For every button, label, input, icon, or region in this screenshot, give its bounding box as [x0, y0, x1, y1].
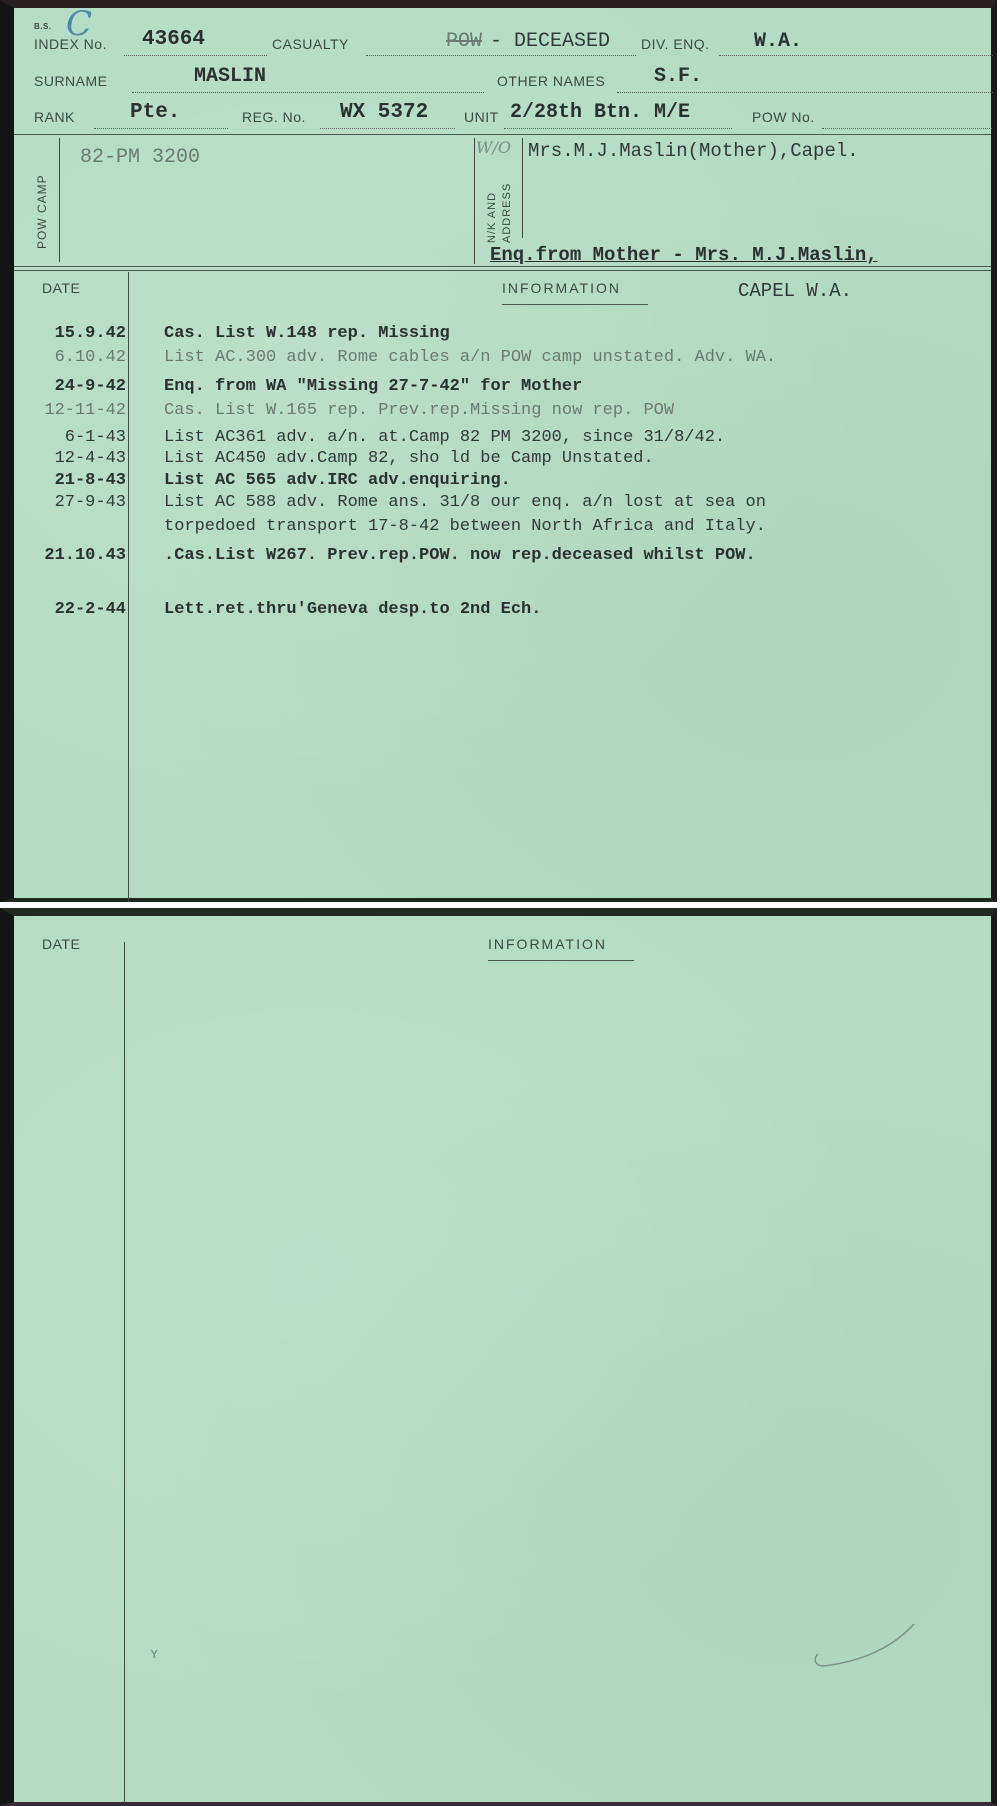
unit-label: UNIT: [464, 109, 499, 125]
div-enq-value: W.A.: [754, 30, 802, 53]
entry-text: List AC450 adv.Camp 82, sho ld be Camp U…: [164, 449, 654, 468]
entry-date: 12-11-42: [14, 401, 126, 420]
unit-value: 2/28th Btn. M/E: [510, 101, 690, 124]
other-names-label: OTHER NAMES: [497, 73, 605, 89]
entry-date: 21-8-43: [14, 471, 126, 490]
other-names-value: S.F.: [654, 65, 702, 88]
surname-value: MASLIN: [194, 65, 266, 88]
casualty-label: CASUALTY: [272, 36, 349, 52]
index-no-value: 43664: [142, 28, 205, 51]
reg-no-value: WX 5372: [340, 101, 428, 124]
pencil-mark: ʏ: [150, 1646, 159, 1662]
entry-text: Enq. from WA "Missing 27-7-42" for Mothe…: [164, 377, 582, 396]
date-header: DATE: [42, 280, 80, 296]
entry-text: List AC.300 adv. Rome cables a/n POW cam…: [164, 348, 776, 367]
card-back: DATE INFORMATION ʏ: [0, 908, 997, 1806]
entry-text: List AC 565 adv.IRC adv.enquiring.: [164, 471, 511, 490]
nk-address-line3: CAPEL W.A.: [738, 280, 852, 302]
entry-text: Lett.ret.thru'Geneva desp.to 2nd Ech.: [164, 600, 541, 619]
entry-date: 24-9-42: [14, 377, 126, 396]
back-date-header: DATE: [42, 936, 80, 952]
back-information-header: INFORMATION: [488, 936, 607, 952]
surname-label: SURNAME: [34, 73, 108, 89]
entry-date: 27-9-43: [14, 493, 126, 512]
casualty-struck-value: POW: [446, 30, 482, 53]
nk-address-line2: Enq.from Mother - Mrs. M.J.Maslin,: [490, 244, 878, 266]
form-code: B.S.: [34, 22, 52, 31]
casualty-value: - DECEASED: [490, 30, 610, 53]
pow-camp-label: POW CAMP: [35, 174, 49, 249]
entry-date: 15.9.42: [14, 324, 126, 343]
entry-text: .Cas.List W267. Prev.rep.POW. now rep.de…: [164, 546, 756, 565]
entry-text: List AC361 adv. a/n. at.Camp 82 PM 3200,…: [164, 428, 725, 447]
entry-text: Cas. List W.148 rep. Missing: [164, 324, 450, 343]
entry-date: 12-4-43: [14, 449, 126, 468]
div-enq-label: DIV. ENQ.: [641, 36, 710, 52]
entry-date: 21.10.43: [14, 546, 126, 565]
nk-address-line1: Mrs.M.J.Maslin(Mother),Capel.: [528, 140, 859, 162]
address-label: ADDRESS: [501, 183, 513, 243]
pow-no-label: POW No.: [752, 109, 815, 125]
entry-date: 6.10.42: [14, 348, 126, 367]
card-front: C B.S. INDEX No. 43664 CASUALTY POW - DE…: [0, 0, 997, 902]
pencil-stroke-mark: [794, 1616, 934, 1676]
information-header: INFORMATION: [502, 280, 621, 296]
nk-and-label: N/K AND: [486, 192, 498, 243]
entry-date: 22-2-44: [14, 600, 126, 619]
pow-camp-value: 82-PM 3200: [80, 146, 200, 169]
entry-text: Cas. List W.165 rep. Prev.rep.Missing no…: [164, 401, 674, 420]
index-no-label: INDEX No.: [34, 36, 107, 52]
rank-value: Pte.: [130, 101, 180, 124]
rank-label: RANK: [34, 109, 75, 125]
nk-prefix: W/O: [476, 138, 511, 157]
entry-date: 6-1-43: [14, 428, 126, 447]
entry-text: List AC 588 adv. Rome ans. 31/8 our enq.…: [164, 493, 766, 512]
reg-no-label: REG. No.: [242, 109, 306, 125]
entry-text: torpedoed transport 17-8-42 between Nort…: [164, 517, 766, 536]
